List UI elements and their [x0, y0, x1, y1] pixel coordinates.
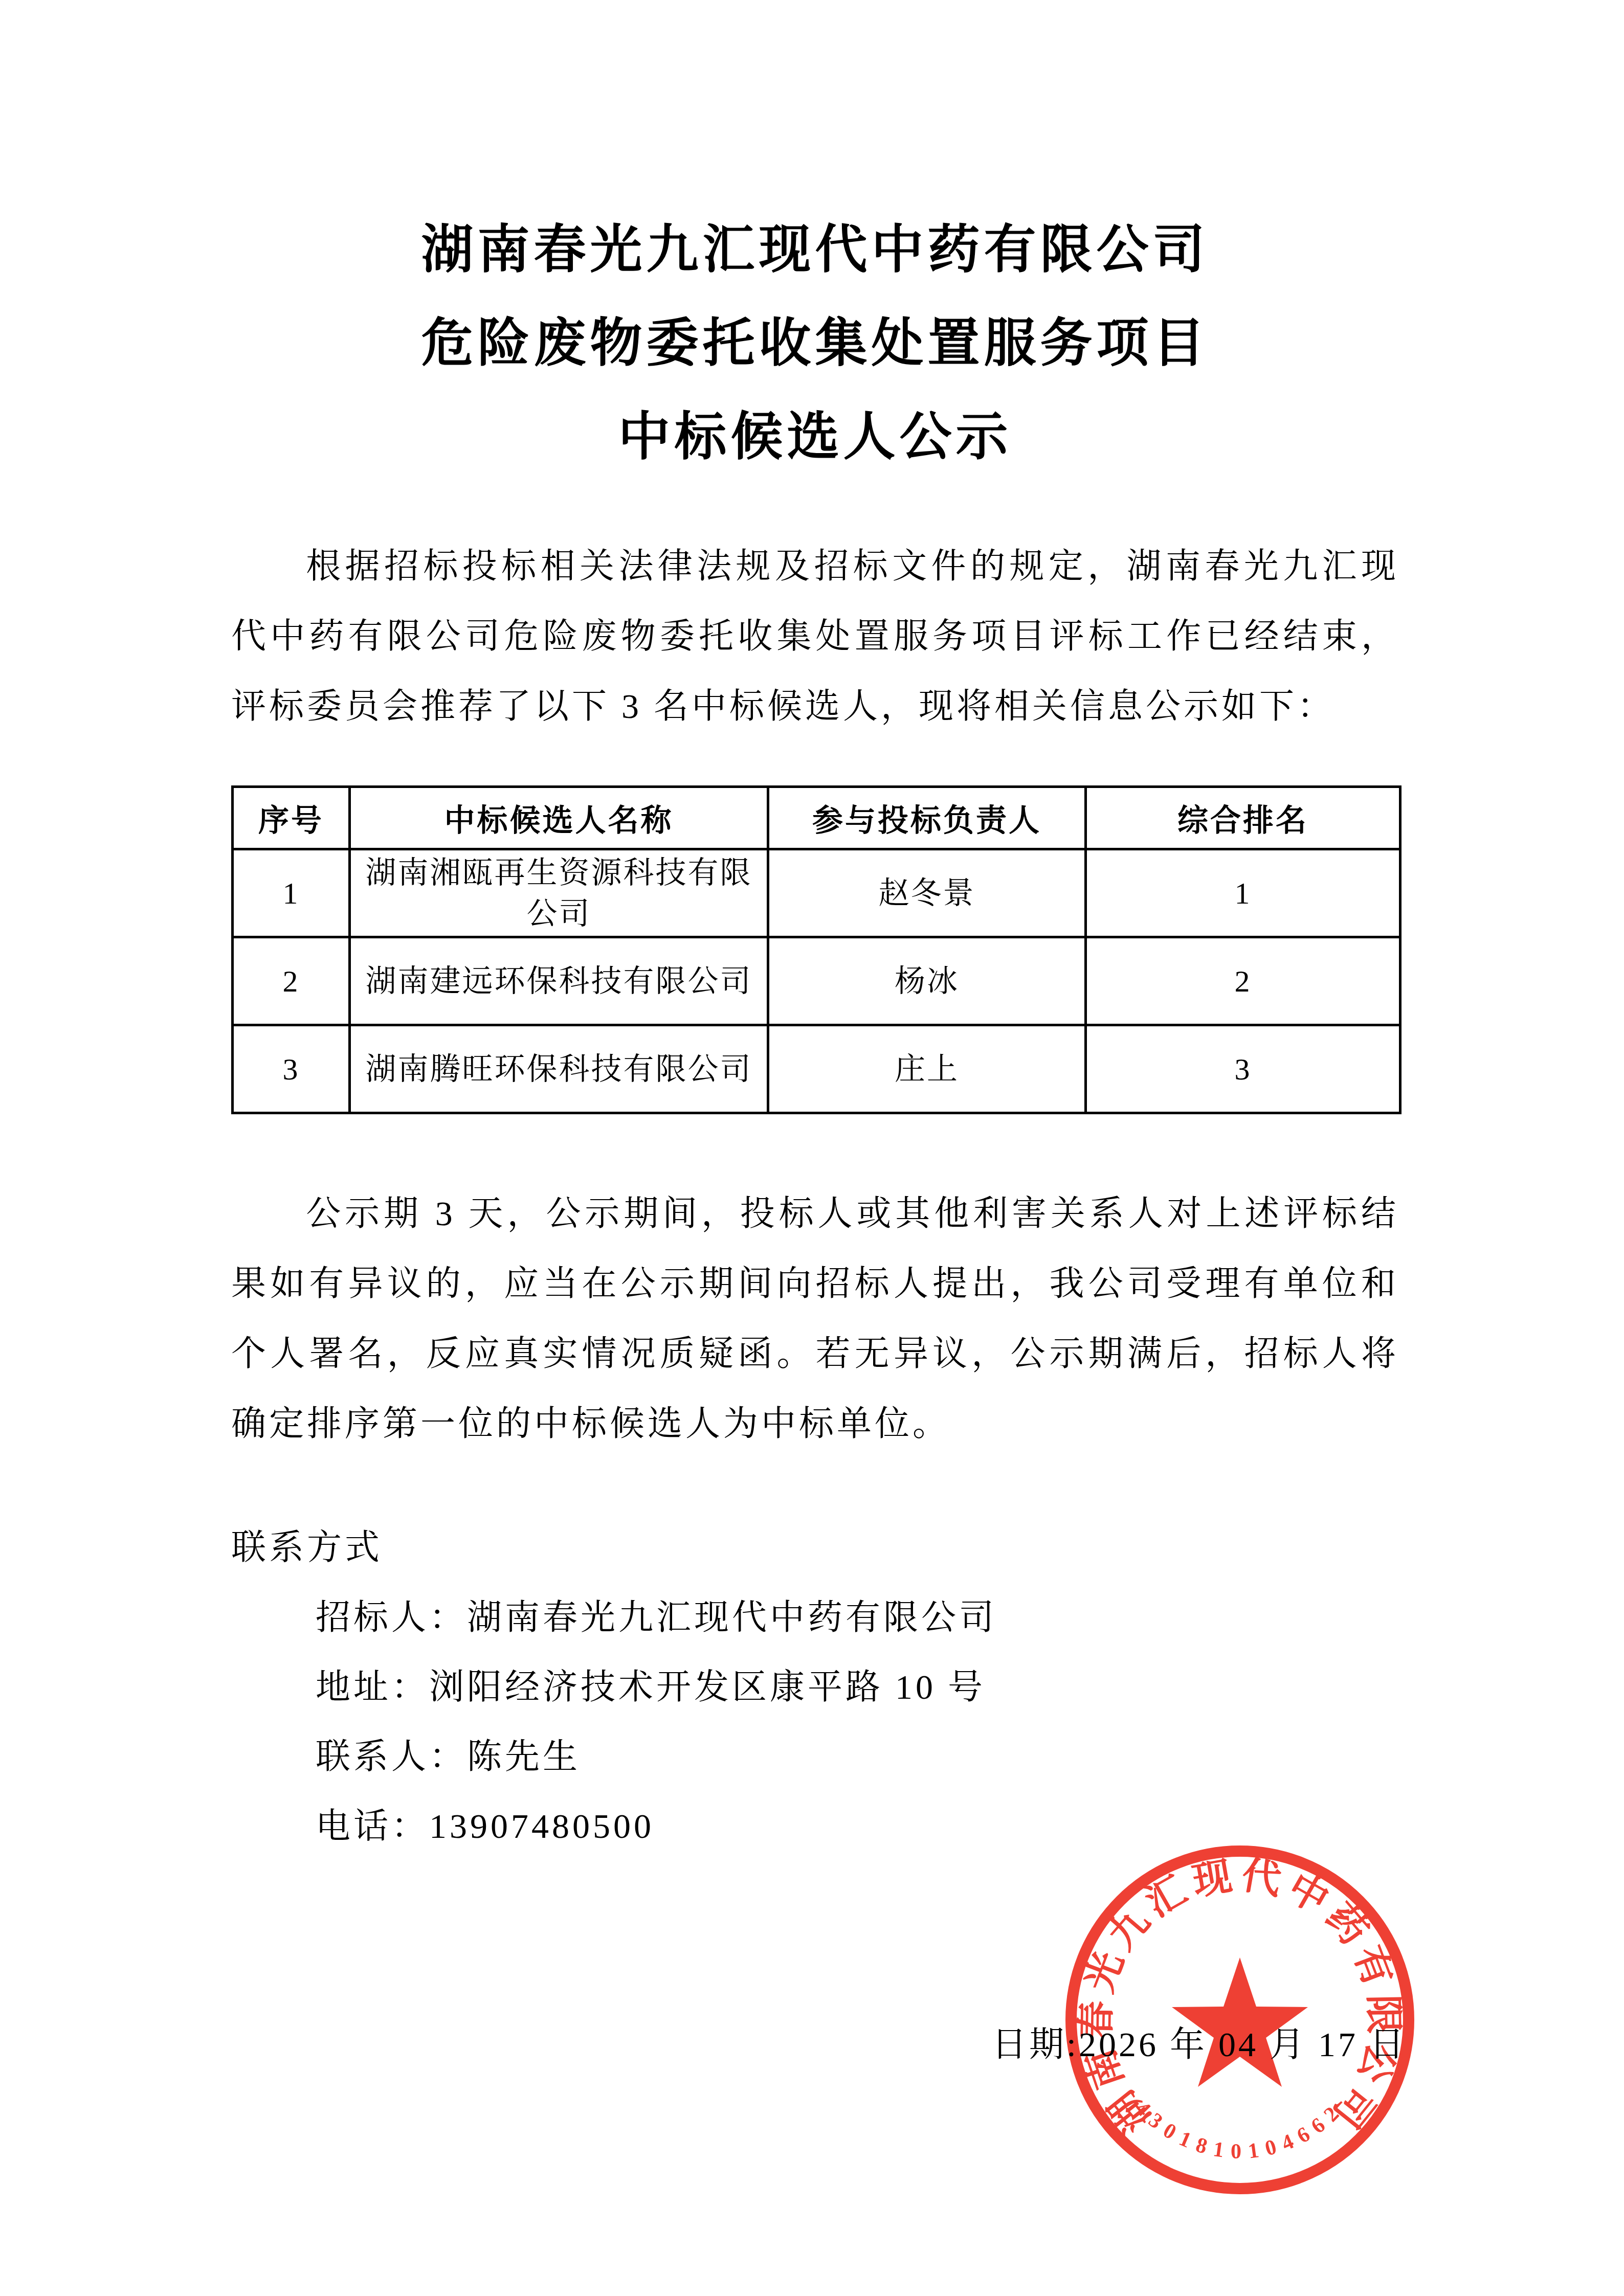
address-value: 浏阳经济技术开发区康平路 10 号 — [429, 1668, 986, 1706]
page-title-line-2: 危险废物委托收集处置服务项目 — [231, 297, 1399, 391]
tenderer-label: 招标人： — [316, 1598, 467, 1637]
candidates-table: 序号 中标候选人名称 参与投标负责人 综合排名 1 湖南湘瓯再生资源科技有限公司… — [231, 785, 1401, 1114]
address-label: 地址： — [316, 1668, 429, 1706]
cell-no: 3 — [233, 1025, 350, 1113]
date-line: 日期:2026 年 04 月 17 日 — [992, 2019, 1407, 2070]
intro-paragraph: 根据招标投标相关法律法规及招标文件的规定，湖南春光九汇现代中药有限公司危险废物委… — [231, 531, 1399, 741]
seal-company-text: 湖南春光九汇现代中药有限公司 — [1075, 1854, 1405, 2140]
phone-value: 13907480500 — [429, 1807, 654, 1845]
phone-label: 电话： — [316, 1807, 429, 1845]
header-cell-no: 序号 — [233, 787, 350, 849]
cell-candidate: 湖南建远环保科技有限公司 — [350, 937, 768, 1025]
tenderer-value: 湖南春光九汇现代中药有限公司 — [467, 1598, 997, 1637]
person-value: 陈先生 — [467, 1737, 581, 1776]
candidates-table-header: 序号 中标候选人名称 参与投标负责人 综合排名 — [233, 787, 1400, 849]
document-title: 湖南春光九汇现代中药有限公司 危险废物委托收集处置服务项目 中标候选人公示 — [231, 0, 1399, 484]
document-page: 湖南春光九汇现代中药有限公司 危险废物委托收集处置服务项目 中标候选人公示 根据… — [0, 0, 1624, 2296]
contact-line-address: 地址：浏阳经济技术开发区康平路 10 号 — [231, 1652, 1399, 1722]
cell-no: 2 — [233, 937, 350, 1025]
cell-rank: 1 — [1086, 849, 1400, 937]
contact-line-phone: 电话：13907480500 — [231, 1791, 1399, 1861]
cell-rank: 3 — [1086, 1025, 1400, 1113]
seal-company-text-holder: 湖南春光九汇现代中药有限公司 — [1075, 1854, 1405, 2140]
header-cell-candidate: 中标候选人名称 — [350, 787, 768, 849]
table-row: 3 湖南腾旺环保科技有限公司 庄上 3 — [233, 1025, 1400, 1113]
page-title-line-1: 湖南春光九汇现代中药有限公司 — [231, 204, 1399, 297]
seal-serial-text-holder: 4301810104662 — [1130, 2097, 1349, 2164]
header-cell-leader: 参与投标负责人 — [768, 787, 1086, 849]
page-title-line-3: 中标候选人公示 — [231, 391, 1399, 484]
seal-serial-text: 4301810104662 — [1130, 2097, 1349, 2164]
cell-leader: 杨冰 — [768, 937, 1086, 1025]
cell-leader: 赵冬景 — [768, 849, 1086, 937]
cell-leader: 庄上 — [768, 1025, 1086, 1113]
cell-candidate: 湖南腾旺环保科技有限公司 — [350, 1025, 768, 1113]
notice-paragraph: 公示期 3 天，公示期间，投标人或其他利害关系人对上述评标结果如有异议的，应当在… — [231, 1179, 1399, 1459]
contact-line-person: 联系人：陈先生 — [231, 1722, 1399, 1791]
person-label: 联系人： — [316, 1737, 467, 1776]
contact-line-tenderer: 招标人：湖南春光九汇现代中药有限公司 — [231, 1583, 1399, 1652]
cell-candidate: 湖南湘瓯再生资源科技有限公司 — [350, 849, 768, 937]
table-row: 2 湖南建远环保科技有限公司 杨冰 2 — [233, 937, 1400, 1025]
cell-rank: 2 — [1086, 937, 1400, 1025]
contact-heading: 联系方式 — [231, 1513, 1399, 1583]
table-row: 1 湖南湘瓯再生资源科技有限公司 赵冬景 1 — [233, 849, 1400, 937]
table-header-row: 序号 中标候选人名称 参与投标负责人 综合排名 — [233, 787, 1400, 849]
document-content: 湖南春光九汇现代中药有限公司 危险废物委托收集处置服务项目 中标候选人公示 根据… — [0, 0, 1624, 1861]
cell-no: 1 — [233, 849, 350, 937]
header-cell-rank: 综合排名 — [1086, 787, 1400, 849]
candidates-table-body: 1 湖南湘瓯再生资源科技有限公司 赵冬景 1 2 湖南建远环保科技有限公司 杨冰… — [233, 849, 1400, 1113]
